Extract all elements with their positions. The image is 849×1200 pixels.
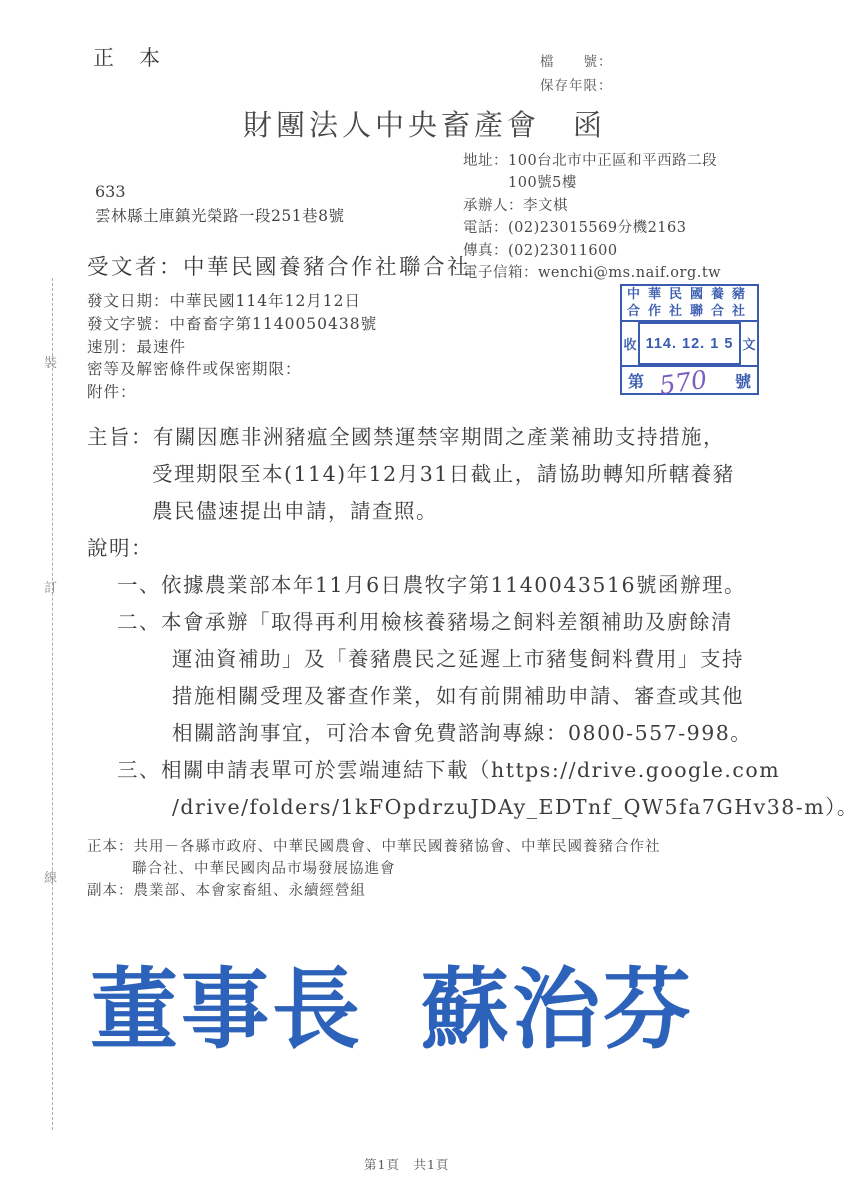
receipt-stamp-date: 114. 12. 1 5 [638,322,741,365]
doc-meta-block: 發文日期：中華民國114年12月12日 發文字號：中畜畜字第1140050438… [87,290,377,404]
retention-period-label: 保存年限： [540,74,613,94]
sender-address-line1: 地址：100台北市中正區和平西路二段 [463,150,721,172]
receipt-stamp-receive-char: 收 [622,322,638,365]
receipt-stamp-org-name: 中華民國養豬 合作社聯合社 [622,286,757,320]
sender-address-line2: 100號5樓 [463,172,721,194]
subject-line-1: 主旨：有關因應非洲豬瘟全國禁運禁宰期間之產業補助支持措施， [87,420,725,450]
subject-line-3: 農民儘速提出申請，請查照。 [152,494,438,524]
receipt-stamp-number-row: 第 570 號 [622,365,757,393]
explanation-item-3-line-1: 三、相關申請表單可於雲端連結下載（https://drive.google.co… [117,753,780,783]
attachment-line: 附件： [87,381,377,404]
copy-type-label: 正 本 [93,42,162,72]
explanation-item-2-line-4: 相關諮詢事宜，可洽本會免費諮詢專線：0800-557-998。 [172,716,752,746]
priority-line: 速別：最速件 [87,336,377,359]
doc-number-line: 發文字號：中畜畜字第1140050438號 [87,313,377,336]
receipt-stamp-doc-char: 文 [741,322,757,365]
chairman-name: 蘇治芬 [421,957,694,1061]
issue-date-line: 發文日期：中華民國114年12月12日 [87,290,377,313]
receipt-stamp-handwritten-number: 570 [657,364,708,399]
explanation-item-2-line-2: 運油資補助」及「養豬農民之延遲上市豬隻飼料費用」支持 [172,642,744,672]
sender-info-block: 地址：100台北市中正區和平西路二段 100號5樓 承辦人：李文棋 電話：(02… [463,150,721,284]
explanation-label: 說明： [87,531,153,561]
sender-contact-person: 承辦人：李文棋 [463,195,721,217]
sender-fax: 傳真：(02)23011600 [463,240,721,262]
distribution-original-line-2: 聯合社、中華民國肉品市場發展協進會 [132,857,396,878]
file-number-label: 檔 號： [540,50,613,70]
receipt-stamp-middle-row: 收 114. 12. 1 5 文 [622,320,757,365]
chairman-signature-stamp: 董事長蘇治芬 [90,940,694,1066]
sender-phone: 電話：(02)23015569分機2163 [463,217,721,239]
binding-mark-zhuang: 裝 [44,352,57,371]
subject-line-2: 受理期限至本(114)年12月31日截止，請協助轉知所轄養豬 [152,457,735,487]
receipt-date-stamp: 中華民國養豬 合作社聯合社 收 114. 12. 1 5 文 第 570 號 [620,284,759,395]
scanned-official-letter: 正 本 檔 號： 保存年限： 財團法人中央畜產會 函 地址：100台北市中正區和… [0,0,849,1200]
distribution-original-line-1: 正本：共用－各縣市政府、中華民國農會、中華民國養豬協會、中華民國養豬合作社 [87,835,661,856]
receipt-stamp-number-suffix: 號 [735,369,751,392]
explanation-item-2-line-3: 措施相關受理及審查作業，如有前開補助申請、審查或其他 [172,679,744,709]
receipt-stamp-number-prefix: 第 [628,369,644,392]
recipient-postal-code: 633 [95,182,126,201]
sender-email: 電子信箱：wenchi@ms.naif.org.tw [463,262,721,284]
binding-dashed-line [52,278,53,1130]
recipient-address: 雲林縣土庫鎮光榮路一段251巷8號 [95,204,344,226]
distribution-copy-line: 副本：農業部、本會家畜組、永續經營組 [87,879,366,900]
explanation-item-1: 一、依據農業部本年11月6日農牧字第1140043516號函辦理。 [117,568,746,598]
document-title: 財團法人中央畜產會 函 [0,103,849,144]
binding-mark-ding: 訂 [44,577,57,596]
recipient-name-line: 受文者：中華民國養豬合作社聯合社 [87,250,471,281]
explanation-item-2-line-1: 二、本會承辦「取得再利用檢核養豬場之飼料差額補助及廚餘清 [117,605,733,635]
receipt-stamp-org-line2: 合作社聯合社 [627,304,757,321]
security-line: 密等及解密條件或保密期限： [87,358,377,381]
receipt-stamp-org-line1: 中華民國養豬 [627,287,757,304]
page-number-footer: 第1頁 共1頁 [364,1155,449,1173]
explanation-item-3-line-2: /drive/folders/1kFOpdrzuJDAy_EDTnf_QW5fa… [172,790,849,820]
binding-mark-xian: 線 [44,867,57,886]
chairman-title: 董事長 [90,957,363,1061]
